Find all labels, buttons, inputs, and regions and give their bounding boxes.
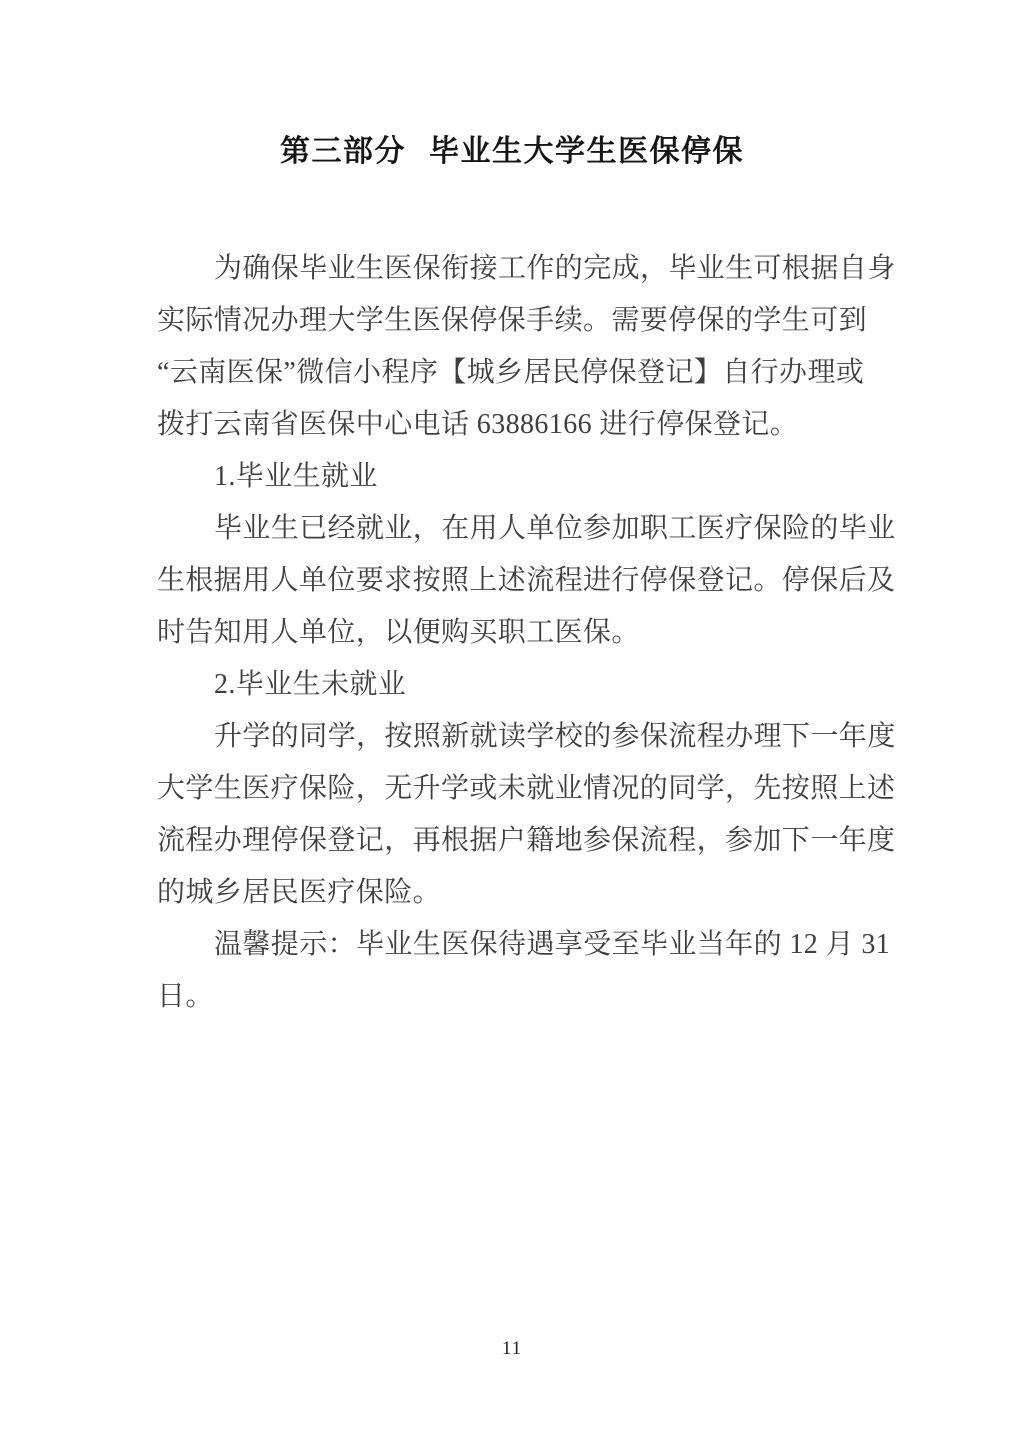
tip-line: 日。 bbox=[157, 971, 872, 1023]
paragraph-line: 拨打云南省医保中心电话 63886166 进行停保登记。 bbox=[157, 399, 872, 451]
paragraph-line: 大学生医疗保险，无升学或未就业情况的同学，先按照上述 bbox=[157, 763, 872, 815]
paragraph-line: 的城乡居民医疗保险。 bbox=[157, 867, 872, 919]
page-number: 11 bbox=[0, 1338, 1024, 1360]
numbered-heading: 1.毕业生就业 bbox=[157, 451, 872, 503]
document-body: 为确保毕业生医保衔接工作的完成，毕业生可根据自身 实际情况办理大学生医保停保手续… bbox=[157, 243, 872, 1023]
paragraph-line: 时告知用人单位，以便购买职工医保。 bbox=[157, 607, 872, 659]
paragraph-line: 流程办理停保登记，再根据户籍地参保流程，参加下一年度 bbox=[157, 815, 872, 867]
tip-line: 温馨提示：毕业生医保待遇享受至毕业当年的 12 月 31 bbox=[157, 919, 872, 971]
paragraph-line: “云南医保”微信小程序【城乡居民停保登记】自行办理或 bbox=[157, 347, 872, 399]
document-page: 第三部分 毕业生大学生医保停保 为确保毕业生医保衔接工作的完成，毕业生可根据自身… bbox=[0, 0, 1024, 1448]
paragraph-line: 生根据用人单位要求按照上述流程进行停保登记。停保后及 bbox=[157, 555, 872, 607]
numbered-heading: 2.毕业生未就业 bbox=[157, 659, 872, 711]
paragraph-line: 实际情况办理大学生医保停保手续。需要停保的学生可到 bbox=[157, 295, 872, 347]
paragraph-line: 为确保毕业生医保衔接工作的完成，毕业生可根据自身 bbox=[157, 243, 872, 295]
paragraph-line: 升学的同学，按照新就读学校的参保流程办理下一年度 bbox=[157, 711, 872, 763]
section-title: 第三部分 毕业生大学生医保停保 bbox=[0, 130, 1024, 174]
paragraph-line: 毕业生已经就业，在用人单位参加职工医疗保险的毕业 bbox=[157, 503, 872, 555]
